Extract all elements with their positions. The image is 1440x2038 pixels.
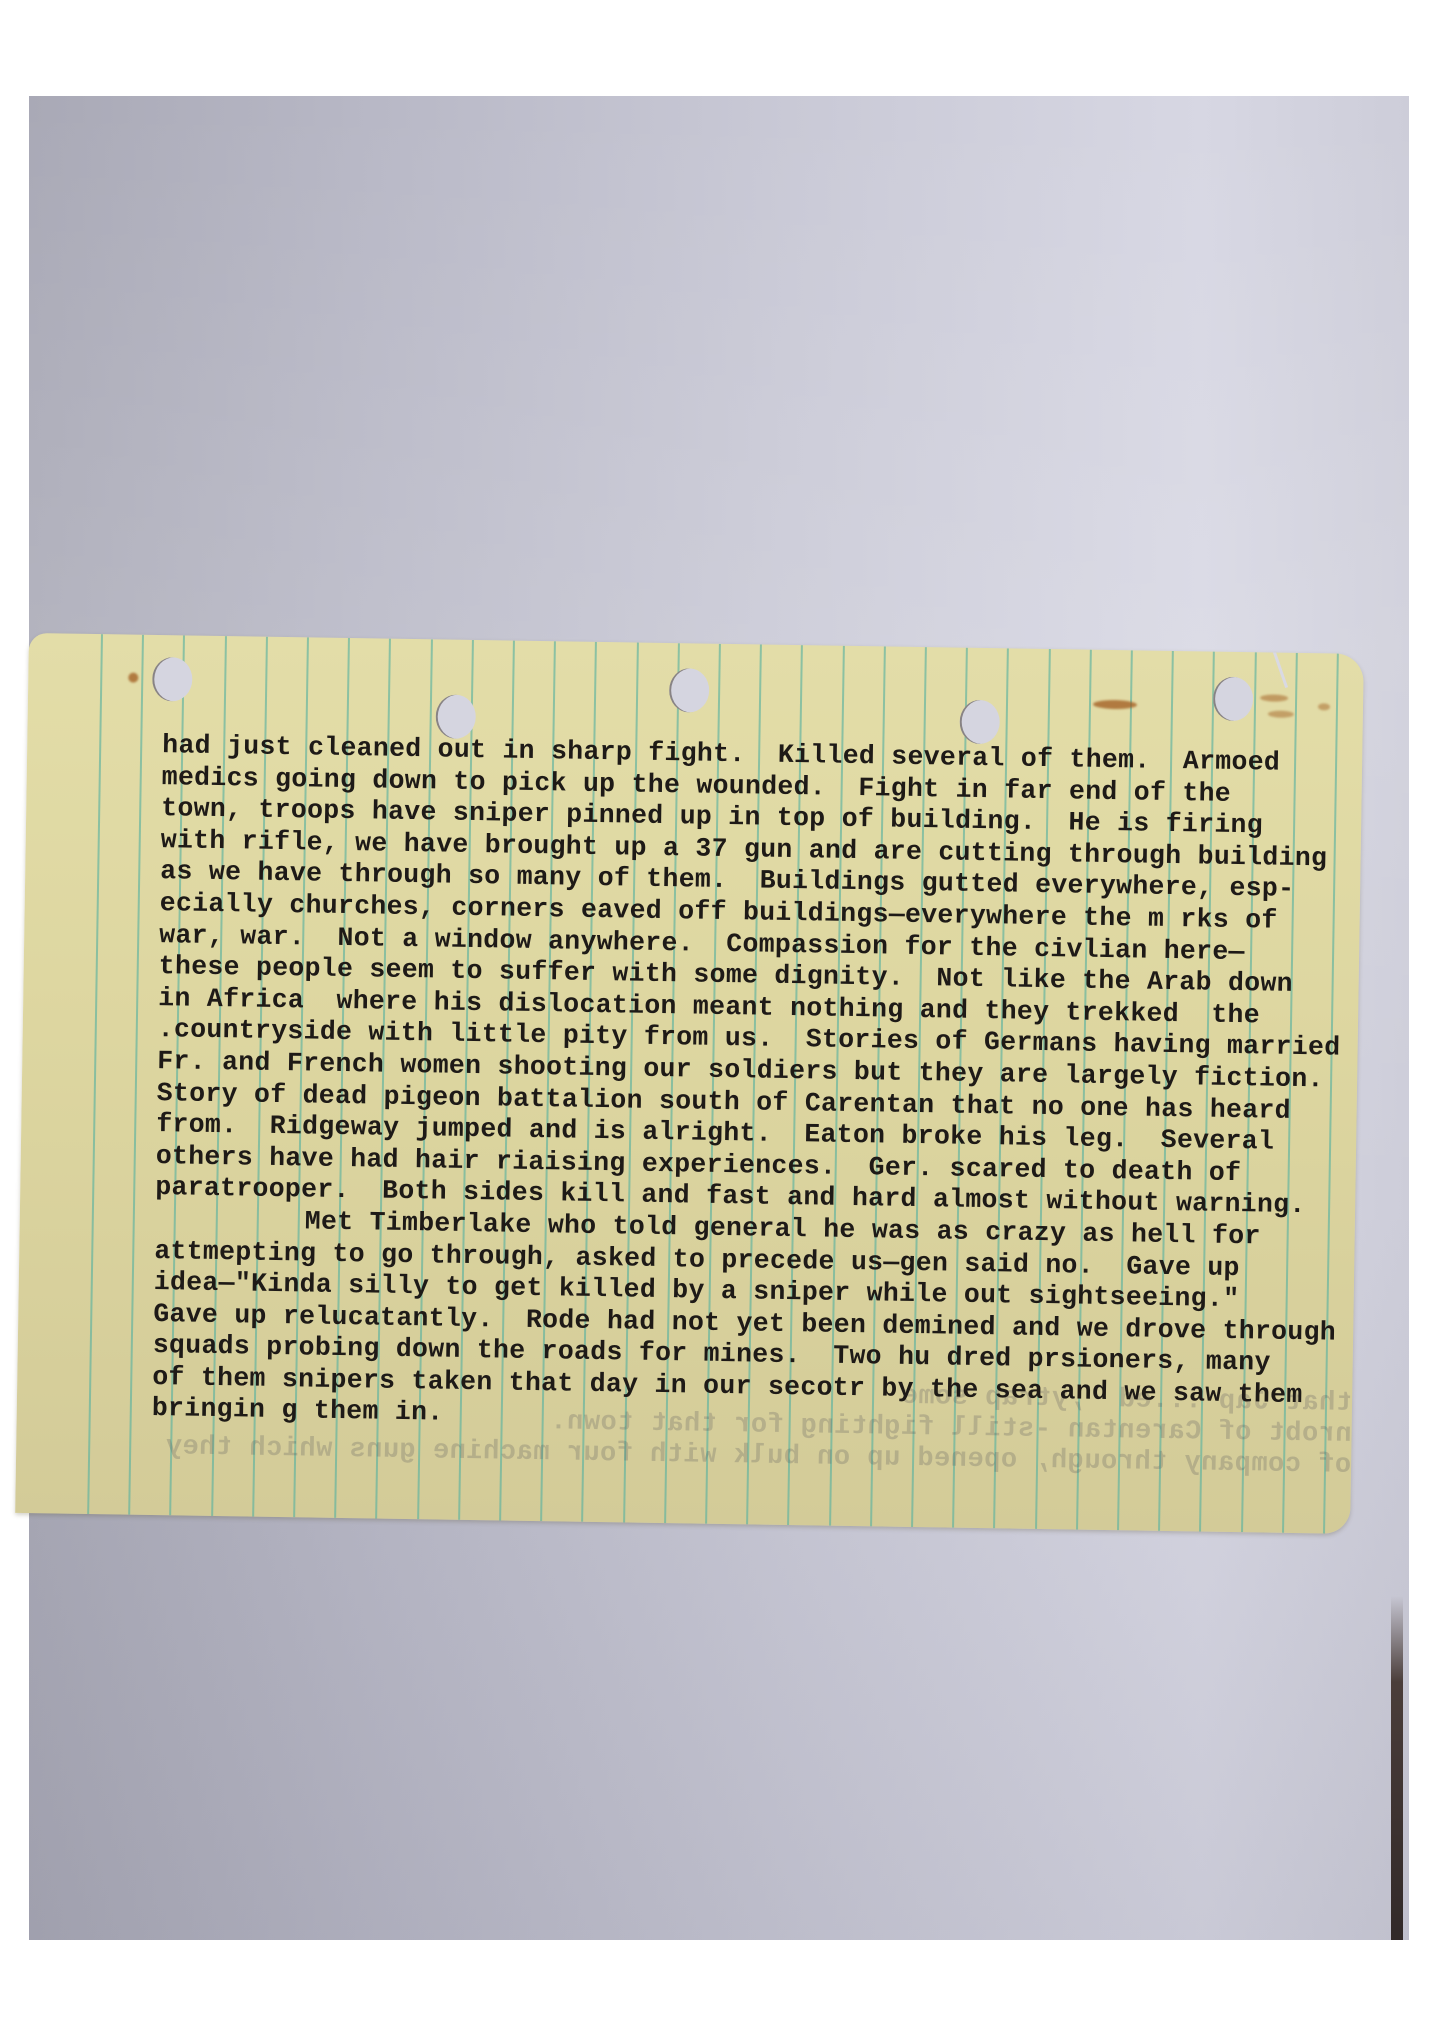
paper-tear [1272,649,1288,688]
index-card: that Jap ...ed ,ytrap some nrobt of Care… [15,633,1364,1534]
rust-stain [1260,694,1288,701]
punch-hole-1 [152,657,193,702]
punch-hole-5 [1213,677,1254,722]
rust-stain [1268,710,1294,717]
rust-stain [1093,700,1137,710]
rust-stain [128,673,138,683]
punch-hole-3 [669,668,710,713]
typewritten-text: had just cleaned out in sharp fight. Kil… [152,730,1346,1444]
photo-edge-shadow [1391,1596,1403,1940]
punch-hole-4 [959,700,1000,745]
rust-stain [1318,703,1330,710]
